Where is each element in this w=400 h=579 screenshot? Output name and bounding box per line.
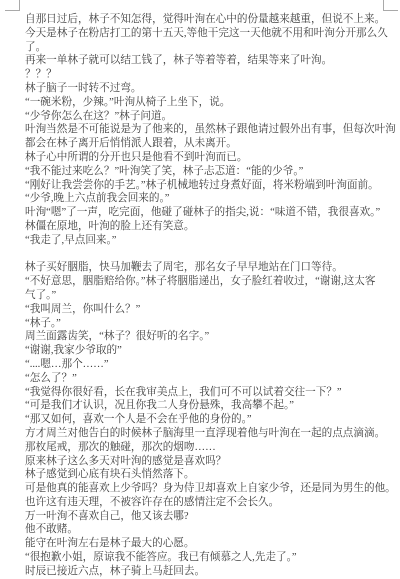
text-line: 林僵在原地，叶洵的脸上还有笑意。 bbox=[25, 220, 389, 234]
text-line: “我觉得你很好看，长在我审美点上，我们可不可以试着交往一下？” bbox=[25, 386, 389, 400]
margin-mark-top-left-icon bbox=[5, 0, 20, 11]
text-line: “少爷你怎么在这？”林子问道。 bbox=[25, 110, 389, 124]
text-line: 今天是林子在粉店打工的第十五天,等他干完这一天他就不用和叶洵分开那么久 bbox=[25, 27, 389, 41]
text-line: 林子心中所谓的分开也只是他看不到叶洵而已。 bbox=[25, 151, 389, 165]
text-line: “少爷,晚上六点前我会回来的。” bbox=[25, 192, 389, 206]
text-line: 叶洵当然是不可能说是为了他来的，虽然林子跟他请过假外出有事，但每次叶洵 bbox=[25, 123, 389, 137]
text-line: 叶洵“嗯”了一声，吃完面，他碰了碰林子的指尖,说：“味道不错，我很喜欢。” bbox=[25, 206, 389, 220]
text-line: 那枚尾戒，那次的触碰，那次的烟吻…… bbox=[25, 441, 389, 455]
text-line: “一碗米粉，少辣。”叶洵从椅子上坐下，说。 bbox=[25, 96, 389, 110]
text-line: 方才周兰对他告白的时候林子脑海里一直浮现着他与叶洵在一起的点点滴滴。 bbox=[25, 427, 389, 441]
text-line: “谢谢,我家少爷取的” bbox=[25, 344, 389, 358]
text-line: “....嗯…那个……” bbox=[25, 358, 389, 372]
text-line: 能守在叶洵左右是林子最大的心愿。 bbox=[25, 537, 389, 551]
text-line: 自那日过后，林子不知怎得，觉得叶洵在心中的份量越来越重，但说不上来。 bbox=[25, 13, 389, 27]
text-line bbox=[25, 248, 389, 262]
text-line: “可是我们才认识，况且你我二人身份悬殊，我高攀不起。” bbox=[25, 399, 389, 413]
margin-mark-top-right-icon bbox=[383, 0, 398, 11]
text-line: 林子买好胭脂，快马加鞭去了周宅，那名女子早早地站在门口等待。 bbox=[25, 261, 389, 275]
document-page: 自那日过后，林子不知怎得，觉得叶洵在心中的份量越来越重，但说不上来。今天是林子在… bbox=[0, 0, 400, 579]
text-line: 林子脑子一时转不过弯。 bbox=[25, 82, 389, 96]
text-line: 也许这有违天理，不被容许存在的感情注定不会长久。 bbox=[25, 496, 389, 510]
text-line: “林子。” bbox=[25, 317, 389, 331]
text-line: 时辰已接近六点，林子骑上马赶回去。 bbox=[25, 565, 389, 579]
text-line: 气了。” bbox=[25, 289, 389, 303]
text-line: 再来一单林子就可以结工钱了，林子等着等着，结果等来了叶洵。 bbox=[25, 54, 389, 68]
text-line: 可是他真的能喜欢上少爷吗？身为侍卫却喜欢上自家少爷，还是同为男生的他。 bbox=[25, 482, 389, 496]
text-line: 周兰面露齿笑，“林子？很好听的名字。” bbox=[25, 330, 389, 344]
text-line: ？？？ bbox=[25, 68, 389, 82]
text-lines: 自那日过后，林子不知怎得，觉得叶洵在心中的份量越来越重，但说不上来。今天是林子在… bbox=[25, 13, 389, 579]
text-line: “不好意思，胭脂赔给你。”林子将胭脂递出，女子脸红着收过，“谢谢,这太客 bbox=[25, 275, 389, 289]
text-line: “我叫周兰，你叫什么？” bbox=[25, 303, 389, 317]
text-line: 原来林子这么多天对叶洵的感觉是喜欢吗？ bbox=[25, 455, 389, 469]
text-line: 了。 bbox=[25, 41, 389, 55]
text-line: “刚好让我尝尝你的手艺。”林子机械地转过身煮好面，将米粉端到叶洵面前。 bbox=[25, 179, 389, 193]
text-line: 林子感觉到心底有块石头悄然落下。 bbox=[25, 468, 389, 482]
text-line: 都会在林子离开后悄悄派人跟着，从未离开。 bbox=[25, 137, 389, 151]
text-line: “我走了,早点回来。” bbox=[25, 234, 389, 248]
text-line: “很抱歉小姐，原谅我不能答应。我已有倾慕之人,先走了。” bbox=[25, 551, 389, 565]
text-line: 万一叶洵不喜欢自己，他又该去哪? bbox=[25, 510, 389, 524]
text-line: 他不敢赌。 bbox=[25, 523, 389, 537]
text-line: “那又如何，喜欢一个人是不会在乎他的身份的。” bbox=[25, 413, 389, 427]
text-line: “我不能过来吃么？”叶洵笑了笑，林子忐忑道：“能的少爷。” bbox=[25, 165, 389, 179]
text-line: “怎么了？” bbox=[25, 372, 389, 386]
